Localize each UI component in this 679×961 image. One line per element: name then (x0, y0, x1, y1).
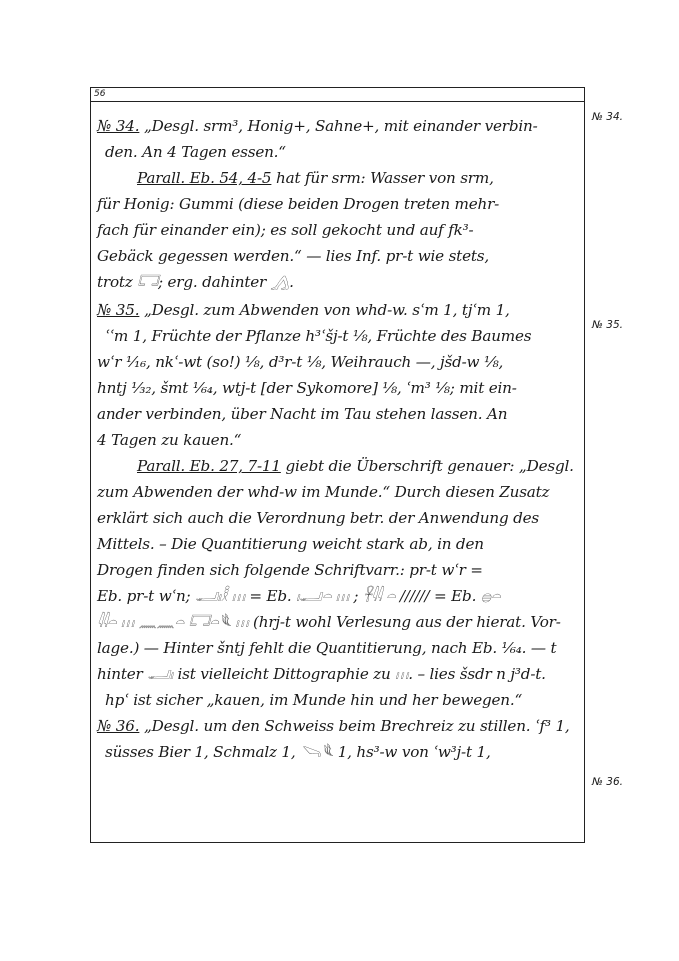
text-line: für Honig: Gummi (diese beiden Drogen tr… (97, 194, 499, 214)
text-line: zum Abwenden der whd-w im Munde.“ Durch … (97, 482, 549, 502)
text-line: hpʿ ist sicher „kauen, im Munde hin und … (105, 690, 522, 710)
line-text: 𓇋𓇋𓏏 𓏥 𓈖𓈖𓏏 𓉐𓏏𓆰 𓏥 (hrj-t wohl Verlesung au… (97, 613, 561, 631)
line-text: den. An 4 Tagen essen.“ (105, 143, 286, 161)
text-line: ander verbinden, über Nacht im Tau stehe… (97, 404, 507, 424)
text-line: Mittels. – Die Quantitierung weicht star… (97, 534, 484, 554)
line-text: ʿʿm 1, Früchte der Pflanze h³ʿšj-t ⅛, Fr… (105, 327, 531, 345)
line-text: giebt die Überschrift genauer: „Desgl. (281, 457, 574, 475)
text-line: wʿr ¹⁄₁₆, nkʿ-wt (so!) ⅛, d³r-t ⅛, Weihr… (97, 352, 503, 372)
page-number: 56 (94, 88, 105, 100)
text-line: 4 Tagen zu kauen.“ (97, 430, 241, 450)
line-text: lage.) — Hinter šntj fehlt die Quantitie… (97, 639, 556, 657)
text-line: Parall. Eb. 54, 4-5 hat für srm: Wasser … (137, 168, 494, 188)
line-text: erklärt sich auch die Verordnung betr. d… (97, 509, 539, 527)
text-line: fach für einander ein); es soll gekocht … (97, 220, 473, 240)
line-text: „Desgl. um den Schweiss beim Brechreiz z… (139, 717, 569, 735)
text-line: hinter 𓂝𓏤 ist vielleicht Dittographie zu… (97, 664, 546, 684)
text-line: süsses Bier 1, Schmalz 1, 𓌪𓆰 1, hs³-w vo… (105, 742, 491, 762)
line-text: fach für einander ein); es soll gekocht … (97, 221, 473, 239)
line-text: Eb. pr-t wʿn; 𓂝𓏤𓎛 𓏥 = Eb. 𓏤𓂝𓏏 𓏥 ; 𓋹𓇋𓇋 𓏏 … (97, 587, 500, 605)
line-text: Mittels. – Die Quantitierung weicht star… (97, 535, 484, 553)
line-text: ander verbinden, über Nacht im Tau stehe… (97, 405, 507, 423)
line-text: wʿr ¹⁄₁₆, nkʿ-wt (so!) ⅛, d³r-t ⅛, Weihr… (97, 353, 503, 371)
line-text: „Desgl. zum Abwenden von whd-w. sʿm 1, t… (139, 301, 509, 319)
line-text: hntj ¹⁄₃₂, šmt ¹⁄₆₄, wtj-t [der Sykomore… (97, 379, 517, 397)
line-text: hinter 𓂝𓏤 ist vielleicht Dittographie zu… (97, 665, 546, 683)
text-line: Parall. Eb. 27, 7-11 giebt die Überschri… (137, 456, 574, 476)
line-text: trotz 𓉐; erg. dahinter 𓂻. (97, 273, 294, 291)
line-text: zum Abwenden der whd-w im Munde.“ Durch … (97, 483, 549, 501)
line-text: hpʿ ist sicher „kauen, im Munde hin und … (105, 691, 522, 709)
entry-number: № 36. (97, 717, 139, 735)
text-line: Drogen finden sich folgende Schriftvarr.… (97, 560, 483, 580)
text-line: trotz 𓉐; erg. dahinter 𓂻. (97, 272, 294, 292)
margin-entry-label: № 35. (592, 318, 623, 332)
text-line: lage.) — Hinter šntj fehlt die Quantitie… (97, 638, 556, 658)
text-line: № 36. „Desgl. um den Schweiss beim Brech… (97, 716, 570, 736)
entry-number: № 34. (97, 117, 139, 135)
line-text: süsses Bier 1, Schmalz 1, 𓌪𓆰 1, hs³-w vo… (105, 743, 491, 761)
manuscript-page-frame: 56 № 34. „Desgl. srm³, Honig+, Sahne+, m… (90, 87, 585, 843)
margin-entry-label: № 36. (592, 775, 623, 789)
text-line: № 34. „Desgl. srm³, Honig+, Sahne+, mit … (97, 116, 538, 136)
page-header: 56 (91, 88, 584, 102)
margin-entry-label: № 34. (592, 110, 623, 124)
text-line: ʿʿm 1, Früchte der Pflanze h³ʿšj-t ⅛, Fr… (105, 326, 531, 346)
text-line: erklärt sich auch die Verordnung betr. d… (97, 508, 539, 528)
entry-number: № 35. (97, 301, 139, 319)
line-text: 4 Tagen zu kauen.“ (97, 431, 241, 449)
text-line: № 35. „Desgl. zum Abwenden von whd-w. sʿ… (97, 300, 510, 320)
text-line: den. An 4 Tagen essen.“ (105, 142, 286, 162)
text-line: Eb. pr-t wʿn; 𓂝𓏤𓎛 𓏥 = Eb. 𓏤𓂝𓏏 𓏥 ; 𓋹𓇋𓇋 𓏏 … (97, 586, 500, 606)
line-text: „Desgl. srm³, Honig+, Sahne+, mit einand… (139, 117, 537, 135)
line-text: Drogen finden sich folgende Schriftvarr.… (97, 561, 483, 579)
parallel-reference: Parall. Eb. 27, 7-11 (137, 457, 281, 475)
text-line: 𓇋𓇋𓏏 𓏥 𓈖𓈖𓏏 𓉐𓏏𓆰 𓏥 (hrj-t wohl Verlesung au… (97, 612, 561, 632)
parallel-reference: Parall. Eb. 54, 4-5 (137, 169, 271, 187)
text-line: Gebäck gegessen werden.“ — lies Inf. pr-… (97, 246, 489, 266)
text-line: hntj ¹⁄₃₂, šmt ¹⁄₆₄, wtj-t [der Sykomore… (97, 378, 517, 398)
line-text: hat für srm: Wasser von srm, (271, 169, 493, 187)
line-text: für Honig: Gummi (diese beiden Drogen tr… (97, 195, 499, 213)
line-text: Gebäck gegessen werden.“ — lies Inf. pr-… (97, 247, 489, 265)
